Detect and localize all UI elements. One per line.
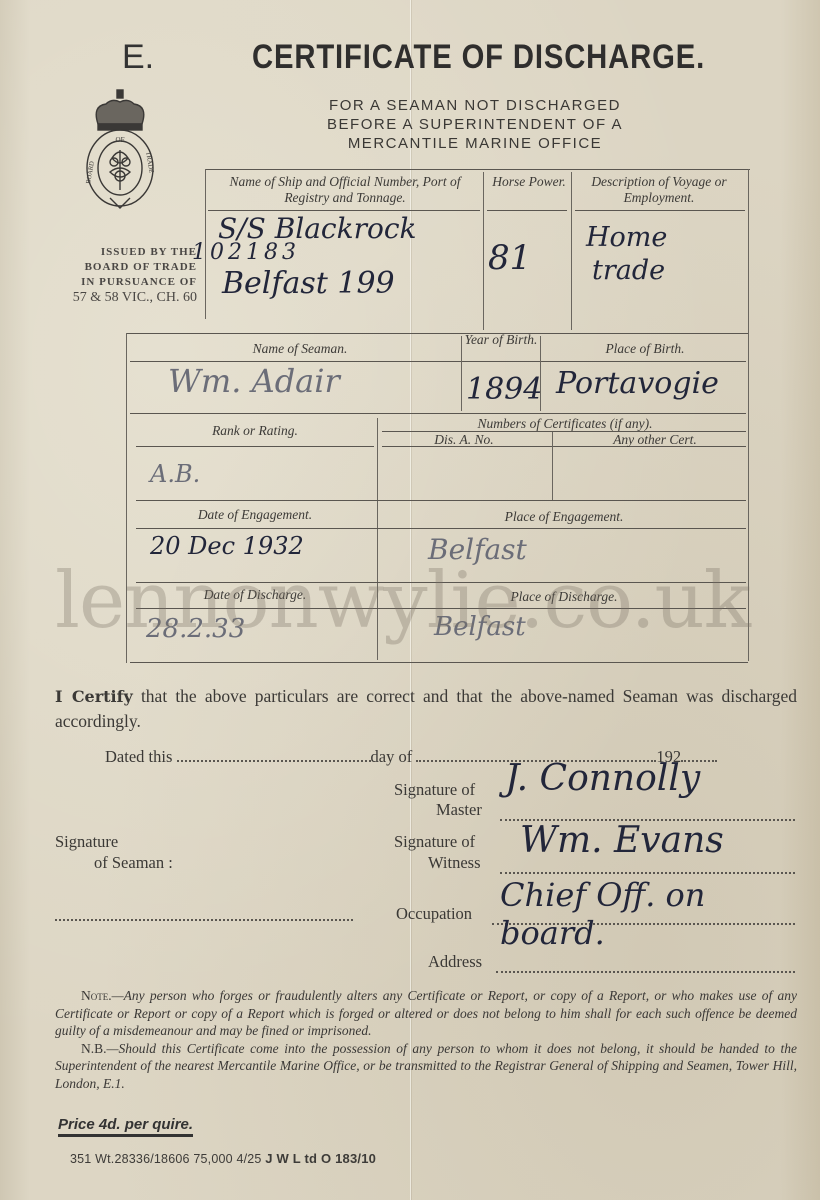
voyage-value-line1: Home — [586, 222, 667, 253]
seaman-name-value: Wm. Adair — [168, 362, 340, 400]
table-border — [136, 500, 746, 501]
horse-power-value: 81 — [488, 238, 531, 278]
nb-label: N.B. — [81, 1041, 107, 1056]
day-of-label: day of — [371, 747, 413, 766]
master-label-1: Signature of — [394, 780, 475, 800]
master-signature: J. Connolly — [505, 758, 700, 799]
date-engagement-value: 20 Dec 1932 — [150, 532, 304, 560]
document-subtitle: FOR A SEAMAN NOT DISCHARGED BEFORE A SUP… — [290, 96, 660, 153]
issued-line: 57 & 58 VIC., CH. 60 — [42, 290, 197, 305]
port-tonnage-value: Belfast 199 — [222, 266, 395, 301]
place-engagement-value: Belfast — [428, 533, 527, 566]
header-other-cert: Any other Cert. — [560, 432, 750, 448]
header-date-discharge: Date of Discharge. — [136, 587, 374, 603]
legal-notes: Note.—Any person who forges or fraudulen… — [55, 987, 797, 1092]
subtitle-line: FOR A SEAMAN NOT DISCHARGED — [290, 96, 660, 115]
issued-line: BOARD OF TRADE — [42, 260, 197, 275]
table-border — [208, 210, 480, 211]
header-ship: Name of Ship and Official Number, Port o… — [212, 174, 478, 206]
document-title: CERTIFICATE OF DISCHARGE. — [252, 38, 705, 77]
table-border — [483, 172, 484, 330]
official-number-value: 102183 — [192, 240, 300, 265]
header-horse-power: Horse Power. — [490, 174, 568, 190]
header-seaman-name: Name of Seaman. — [140, 341, 460, 357]
printer-imprint: 351 Wt.28336/18606 75,000 4/25 J W L td … — [70, 1151, 376, 1166]
header-dis-a-no: Dis. A. No. — [414, 432, 514, 448]
voyage-value-line2: trade — [592, 255, 665, 286]
table-border — [136, 582, 746, 583]
master-signature-field[interactable] — [500, 805, 795, 821]
printer-code: 351 Wt.28336/18606 75,000 4/25 — [70, 1152, 262, 1166]
place-discharge-value: Belfast — [434, 612, 526, 642]
issued-line: ISSUED BY THE — [42, 245, 197, 260]
header-voyage: Description of Voyage or Employment. — [574, 174, 744, 206]
table-border — [130, 662, 748, 663]
master-label-2: Master — [436, 800, 482, 820]
table-border — [136, 528, 746, 529]
occupation-value: Chief Off. on board. — [500, 876, 820, 952]
seaman-signature-label-2: of Seaman : — [94, 853, 173, 873]
svg-text:TRADE: TRADE — [144, 151, 155, 174]
header-date-engagement: Date of Engagement. — [136, 507, 374, 523]
table-border — [130, 413, 746, 414]
seaman-signature-field[interactable] — [55, 905, 353, 921]
note-text: —Any person who forges or fraudulently a… — [55, 988, 797, 1038]
subtitle-line: MERCANTILE MARINE OFFICE — [290, 134, 660, 153]
table-border — [552, 432, 553, 500]
table-border — [205, 169, 750, 170]
note-paragraph: Note.—Any person who forges or fraudulen… — [55, 987, 797, 1040]
dated-label: Dated this — [105, 747, 172, 766]
subtitle-line: BEFORE A SUPERINTENDENT OF A — [290, 115, 660, 134]
certification-statement: I Certify that the above particulars are… — [55, 684, 797, 733]
header-certificates: Numbers of Certificates (if any). — [400, 416, 730, 432]
nb-text: —Should this Certificate come into the p… — [55, 1041, 797, 1091]
rank-value: A.B. — [150, 460, 200, 488]
table-border — [377, 418, 378, 660]
place-of-birth-value: Portavogie — [556, 366, 719, 401]
note-label: Note. — [81, 988, 112, 1003]
dated-day-field[interactable] — [177, 746, 371, 762]
issued-line: IN PURSUANCE OF — [42, 275, 197, 290]
nb-paragraph: N.B.—Should this Certificate come into t… — [55, 1040, 797, 1093]
table-border — [126, 333, 127, 663]
table-border — [136, 446, 374, 447]
address-field[interactable] — [496, 957, 795, 973]
issued-by-block: ISSUED BY THE BOARD OF TRADE IN PURSUANC… — [42, 245, 197, 305]
table-border — [571, 172, 572, 330]
witness-label-1: Signature of — [394, 832, 475, 852]
table-border — [487, 210, 567, 211]
year-of-birth-value: 1894 — [466, 372, 542, 407]
header-place-discharge: Place of Discharge. — [382, 589, 746, 605]
header-year-of-birth: Year of Birth. — [464, 333, 538, 347]
seaman-signature-label-1: Signature — [55, 832, 118, 852]
header-place-of-birth: Place of Birth. — [545, 341, 745, 357]
table-border — [136, 608, 746, 609]
svg-text:OF: OF — [116, 136, 125, 144]
table-border — [748, 169, 749, 661]
printer-name: J W L td O 183/10 — [265, 1151, 376, 1166]
header-place-engagement: Place of Engagement. — [382, 509, 746, 525]
witness-label-2: Witness — [428, 853, 481, 873]
table-border — [126, 333, 748, 334]
date-discharge-value: 28.2.33 — [146, 614, 245, 644]
header-rank: Rank or Rating. — [136, 423, 374, 439]
occupation-label: Occupation — [396, 904, 472, 924]
board-of-trade-crest-icon: OF BOARD TRADE — [82, 88, 158, 210]
price-label: Price 4d. per quire. — [58, 1116, 193, 1137]
certify-text: that the above particulars are correct a… — [55, 686, 797, 731]
address-label: Address — [428, 952, 482, 972]
certify-lead: I Certify — [55, 687, 133, 706]
witness-signature: Wm. Evans — [520, 820, 724, 861]
table-border — [461, 336, 462, 411]
table-border — [575, 210, 745, 211]
form-letter: E. — [122, 38, 154, 77]
